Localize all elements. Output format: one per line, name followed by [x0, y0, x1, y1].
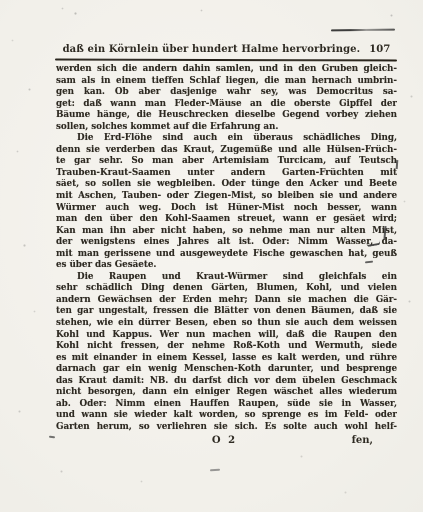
pen-mark-dash-bottom — [210, 469, 220, 471]
text-line: Kohl und Kappus. Wer nun machen will, da… — [56, 330, 397, 342]
text-line: Die Raupen und Kraut-Würmer sind gleichf… — [56, 272, 397, 284]
text-line: mit Aschen, Tauben- oder Ziegen-Mist, so… — [56, 191, 397, 203]
text-line: sehr schädlich Ding denen Gärten, Blumen… — [56, 283, 397, 295]
text-line: Garten herum, so verliehren sie sich. Es… — [56, 422, 397, 434]
text-line: te gar sehr. So man aber Artemisiam Turc… — [56, 156, 397, 168]
text-line: Trauben-Kraut-Saamen unter andern Garten… — [56, 168, 397, 180]
header-rule — [55, 59, 397, 62]
pen-mark-tick — [396, 160, 398, 169]
text-line: und wann sie wieder kalt worden, so spre… — [56, 410, 397, 422]
text-line: Kan man ihn aber nicht haben, so nehme m… — [56, 226, 397, 238]
text-line: säet, so sollen sie wegbleiben. Oder tün… — [56, 179, 397, 191]
text-line: es über das Gesäete. — [56, 260, 397, 272]
text-line: sam als in einem tieffen Schlaf liegen, … — [56, 76, 397, 88]
book-page-scan: daß ein Körnlein über hundert Halme herv… — [0, 0, 423, 512]
pen-mark-dash-left — [49, 436, 55, 439]
text-line: Die Erd-Flöhe sind auch ein überaus schä… — [56, 133, 397, 145]
body-text: werden sich die andern dahin samlen, und… — [56, 64, 397, 434]
catchword: fen, — [352, 435, 373, 446]
text-line: gen kan. Ob aber dasjenige wahr sey, was… — [56, 87, 397, 99]
text-line: nicht besorgen, dann ein einiger Regen w… — [56, 387, 397, 399]
scan-noise-specks — [0, 0, 1, 1]
running-head-title: daß ein Körnlein über hundert Halme herv… — [63, 44, 361, 55]
running-head: daß ein Körnlein über hundert Halme herv… — [56, 44, 397, 55]
signature-mark: O 2 — [212, 435, 237, 446]
footer-row: O 2 fen, — [56, 435, 397, 448]
scan-streak-artifact — [331, 29, 395, 32]
text-line: stehen, wie ein dürrer Besen, eben so th… — [56, 318, 397, 330]
text-line: das Kraut damit: NB. du darfst dich vor … — [56, 376, 397, 388]
page-number: 107 — [369, 44, 390, 55]
text-line: Würmer auch weg. Doch ist Hüner-Mist noc… — [56, 203, 397, 215]
text-line: darnach gar ein wenig Menschen-Koth daru… — [56, 364, 397, 376]
text-line: andern Gewächsen der Erden mehr; Dann si… — [56, 295, 397, 307]
text-line: sollen, solches kommet auf die Erfahrung… — [56, 122, 397, 134]
text-line: der wenigstens eines Jahres alt ist. Ode… — [56, 237, 397, 249]
text-line: werden sich die andern dahin samlen, und… — [56, 64, 397, 76]
text-line: Bäume hänge, die Heuschrecken dieselbe G… — [56, 110, 397, 122]
text-line: denn sie verderben das Kraut, Zugemüße u… — [56, 145, 397, 157]
text-line: Kohl nicht fressen, der nehme Roß-Koth u… — [56, 341, 397, 353]
text-line: es mit einander in einem Kessel, lasse e… — [56, 353, 397, 365]
text-line: ab. Oder: Nimm einen Hauffen Raupen, süd… — [56, 399, 397, 411]
text-line: man den über den Kohl-Saamen streuet, wa… — [56, 214, 397, 226]
text-line: ten gar ungestalt, fressen die Blätter v… — [56, 306, 397, 318]
text-line: get: daß wann man Fleder-Mäuse an die ob… — [56, 99, 397, 111]
text-line: mit man gerissene und ausgeweydete Fisch… — [56, 249, 397, 261]
